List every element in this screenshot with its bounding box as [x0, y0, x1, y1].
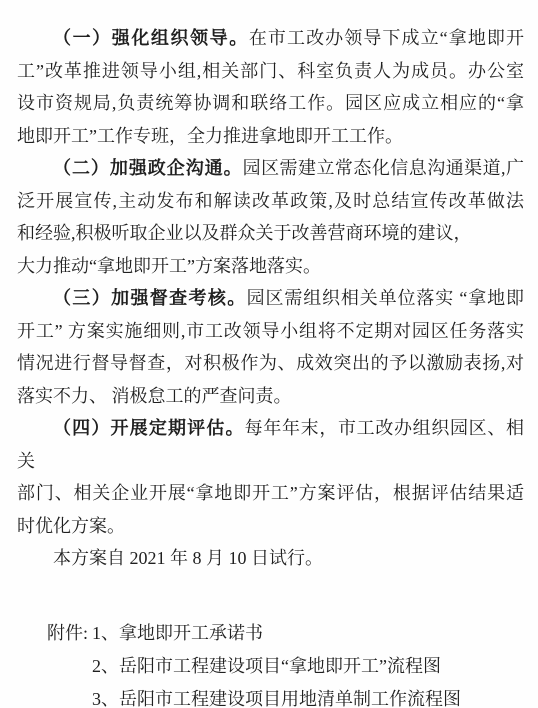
paragraph-heading: （三）加强督查考核。: [53, 288, 247, 308]
text-line: 大力推动“拿地即开工”方案落地落实。: [17, 250, 524, 283]
attachments-label: 附件:: [47, 617, 92, 650]
text-line: 部门、相关企业开展“拿地即开工”方案评估，根据评估结果适: [17, 477, 524, 510]
text-line: （四）开展定期评估。每年年末，市工改办组织园区、相关: [17, 412, 524, 477]
attachment-item-1: 1、拿地即开工承诺书: [92, 617, 263, 650]
text-line: 落实不力、 消极怠工的严查问责。: [17, 380, 524, 413]
text-line: （二）加强政企沟通。园区需建立常态化信息沟通渠道,广: [17, 152, 524, 185]
paragraph-trial-date: 本方案自 2021 年 8 月 10 日试行。: [17, 542, 524, 575]
attachment-item-3: 3、岳阳市工程建设项目用地清单制工作流程图: [92, 683, 461, 708]
paragraph-heading: （四）开展定期评估。: [53, 418, 245, 438]
text-line: 地即开工”工作专班，全力推进拿地即开工工作。: [17, 120, 524, 153]
text-line: 工”改革推进领导小组,相关部门、科室负责人为成员。办公室: [17, 55, 524, 88]
attachment-row: 2、岳阳市工程建设项目“拿地即开工”流程图: [92, 650, 538, 683]
text-line: 情况进行督导督查，对积极作为、成效突出的予以激励表扬,对: [17, 347, 524, 380]
attachments-block: 附件:1、拿地即开工承诺书 2、岳阳市工程建设项目“拿地即开工”流程图 3、岳阳…: [47, 617, 538, 708]
paragraph-heading: （一）强化组织领导。: [53, 28, 249, 48]
text-line: 时优化方案。: [17, 510, 524, 543]
paragraph-strengthen-organizational-leadership: （一）强化组织领导。在市工改办领导下成立“拿地即开工”改革推进领导小组,相关部门…: [17, 22, 524, 152]
text-line: 开工” 方案实施细则,市工改领导小组将不定期对园区任务落实: [17, 315, 524, 348]
text-line: 泛开展宣传,主动发布和解读改革政策,及时总结宣传改革做法: [17, 185, 524, 218]
text-line: 设市资规局,负责统筹协调和联络工作。园区应成立相应的“拿: [17, 87, 524, 120]
paragraph-heading: （二）加强政企沟通。: [53, 158, 243, 178]
text-line: （三）加强督查考核。园区需组织相关单位落实 “拿地即: [17, 282, 524, 315]
document-page: （一）强化组织领导。在市工改办领导下成立“拿地即开工”改革推进领导小组,相关部门…: [0, 0, 538, 708]
paragraph-conduct-periodic-evaluation: （四）开展定期评估。每年年末，市工改办组织园区、相关部门、相关企业开展“拿地即开…: [17, 412, 524, 542]
text-line: （一）强化组织领导。在市工改办领导下成立“拿地即开: [17, 22, 524, 55]
paragraph-strengthen-government-enterprise-communication: （二）加强政企沟通。园区需建立常态化信息沟通渠道,广泛开展宣传,主动发布和解读改…: [17, 152, 524, 282]
text-line: 和经验,积极听取企业以及群众关于改善营商环境的建议，: [17, 217, 524, 250]
attachment-row: 3、岳阳市工程建设项目用地清单制工作流程图: [92, 683, 538, 708]
attachment-item-2: 2、岳阳市工程建设项目“拿地即开工”流程图: [92, 650, 441, 683]
paragraph-strengthen-supervision-assessment: （三）加强督查考核。园区需组织相关单位落实 “拿地即开工” 方案实施细则,市工改…: [17, 282, 524, 412]
attachment-row: 附件:1、拿地即开工承诺书: [47, 617, 538, 650]
document-body: （一）强化组织领导。在市工改办领导下成立“拿地即开工”改革推进领导小组,相关部门…: [0, 0, 538, 575]
text-line: 本方案自 2021 年 8 月 10 日试行。: [17, 542, 524, 575]
